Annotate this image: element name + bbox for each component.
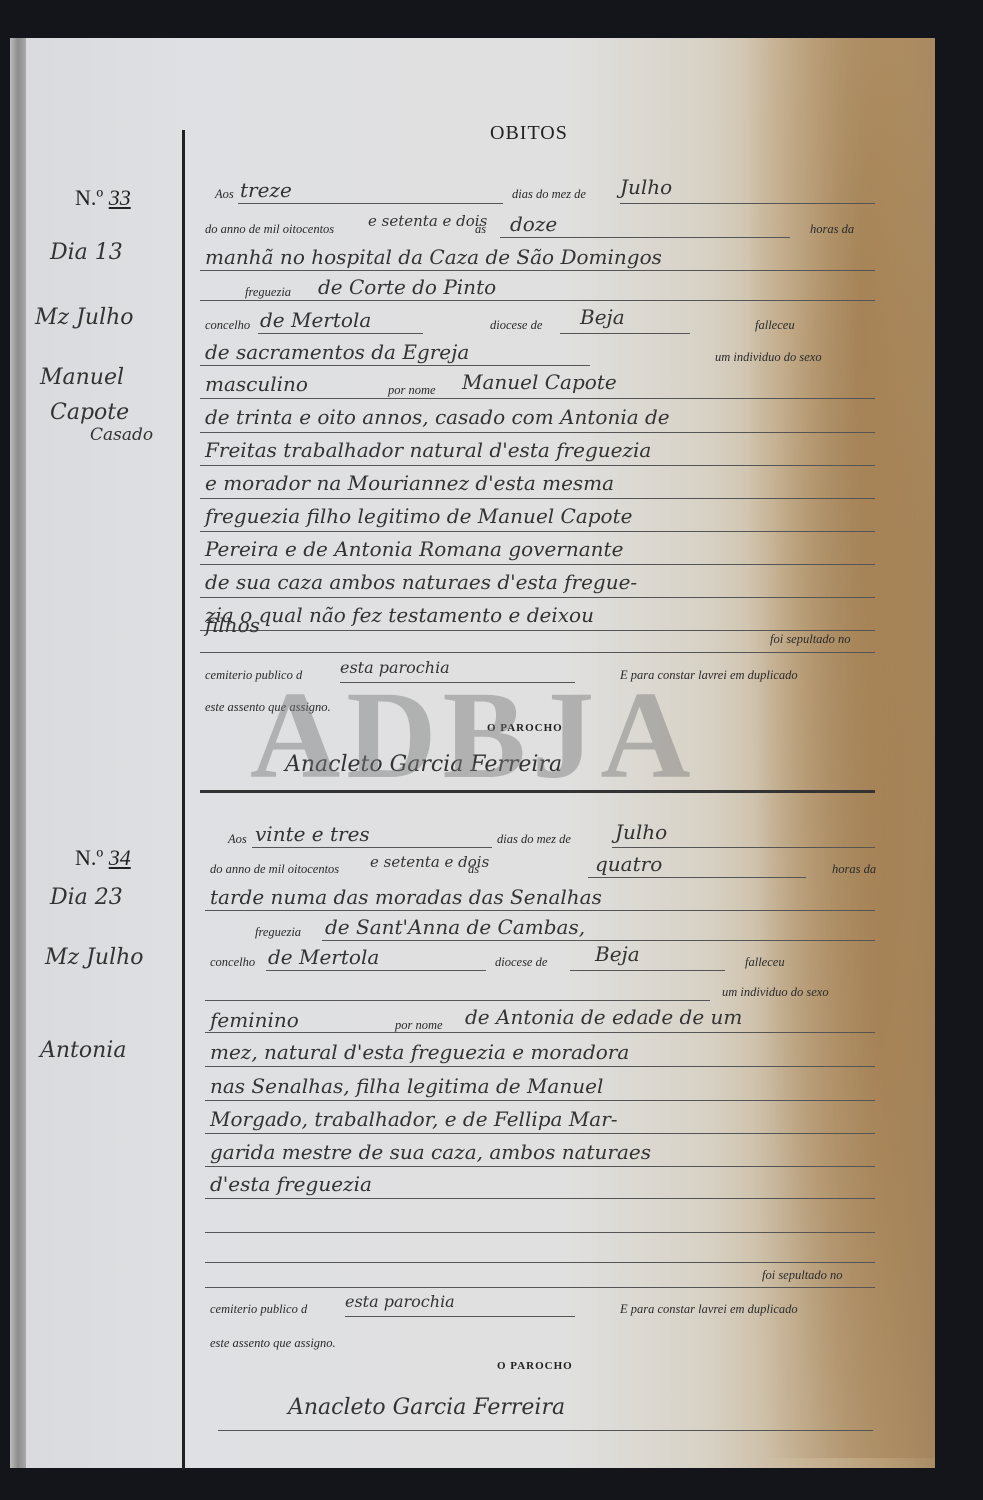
- label-anno: do anno de mil oitocentos: [205, 222, 334, 237]
- concelho-value: de Mertola: [260, 308, 371, 332]
- label-individuo: um individuo do sexo: [715, 350, 822, 365]
- concelho-value: de Mertola: [268, 945, 379, 969]
- label-aos: Aos: [215, 187, 234, 202]
- label-assento: este assento que assigno.: [210, 1336, 336, 1351]
- body-line: nas Senalhas, filha legitima de Manuel: [210, 1074, 603, 1098]
- label-horas: horas da: [810, 222, 854, 237]
- label-cemiterio: cemiterio publico d: [210, 1302, 307, 1317]
- label-sepultado: foi sepultado no: [770, 632, 851, 647]
- hour-value: doze: [510, 212, 557, 236]
- body-line: zia o qual não fez testamento e deixou: [205, 603, 594, 627]
- label-as: ás: [475, 222, 486, 237]
- book-spine: [10, 38, 26, 1468]
- margin-note: Mz Julho: [35, 305, 134, 330]
- name-value: Manuel Capote: [462, 370, 617, 394]
- body-line: de trinta e oito annos, casado com Anton…: [205, 405, 670, 429]
- label-individuo: um individuo do sexo: [722, 985, 829, 1000]
- label-horas: horas da: [832, 862, 876, 877]
- body-line: Pereira e de Antonia Romana governante: [205, 537, 623, 561]
- diocese-value: Beja: [580, 305, 625, 329]
- body-line: garida mestre de sua caza, ambos naturae…: [210, 1140, 651, 1164]
- label-anno: do anno de mil oitocentos: [210, 862, 339, 877]
- margin-note: Casado: [90, 425, 153, 445]
- label-por-nome: por nome: [388, 383, 436, 398]
- label-concelho: concelho: [210, 955, 255, 970]
- entry-number: 34: [109, 845, 131, 870]
- body-line: filhos: [205, 613, 260, 637]
- entry-number-label: N.º: [75, 185, 103, 210]
- sacramentos-line: de sacramentos da Egreja: [205, 340, 469, 364]
- label-sepultado: foi sepultado no: [762, 1268, 843, 1283]
- place-line: manhã no hospital da Caza de São Domingo…: [205, 245, 662, 269]
- margin-note: Capote: [50, 400, 129, 425]
- label-concelho: concelho: [205, 318, 250, 333]
- label-dias: dias do mez de: [497, 832, 571, 847]
- archive-watermark: ADBJA: [250, 665, 697, 808]
- margin-note: Dia 13: [50, 240, 123, 265]
- margin-note: Mz Julho: [45, 945, 144, 970]
- freguezia-value: de Sant'Anna de Cambas,: [325, 915, 585, 939]
- body-line: de sua caza ambos naturaes d'esta fregue…: [205, 570, 637, 594]
- entry-number: 33: [109, 185, 131, 210]
- label-diocese: diocese de: [490, 318, 542, 333]
- year-value: e setenta e dois: [368, 212, 487, 230]
- margin-note: Antonia: [40, 1038, 126, 1063]
- label-as: ás: [468, 862, 479, 877]
- label-falleceu: falleceu: [745, 955, 785, 970]
- entry-number-label: N.º: [75, 845, 103, 870]
- body-line: Morgado, trabalhador, e de Fellipa Mar-: [210, 1107, 618, 1131]
- label-falleceu: falleceu: [755, 318, 795, 333]
- freguezia-value: de Corte do Pinto: [318, 275, 496, 299]
- day-value: treze: [240, 178, 292, 202]
- label-constar: E para constar lavrei em duplicado: [620, 1302, 798, 1317]
- label-freguezia: freguezia: [255, 925, 301, 940]
- sex-value: feminino: [210, 1008, 299, 1032]
- label-dias: dias do mez de: [512, 187, 586, 202]
- day-value: vinte e tres: [255, 822, 370, 846]
- page-title: OBITOS: [490, 122, 568, 145]
- place-line: tarde numa das moradas das Senalhas: [210, 885, 602, 909]
- label-diocese: diocese de: [495, 955, 547, 970]
- parocho-label: O PAROCHO: [497, 1360, 573, 1372]
- label-freguezia: freguezia: [245, 285, 291, 300]
- body-line: d'esta freguezia: [210, 1172, 372, 1196]
- margin-note: Manuel: [40, 365, 124, 390]
- sex-value: masculino: [205, 372, 308, 396]
- name-value: de Antonia de edade de um: [465, 1005, 742, 1029]
- diocese-value: Beja: [595, 942, 640, 966]
- body-line: Freitas trabalhador natural d'esta fregu…: [205, 438, 651, 462]
- margin-rule: [182, 130, 185, 1470]
- cemiterio-value: esta parochia: [345, 1292, 455, 1311]
- label-aos: Aos: [228, 832, 247, 847]
- signature: Anacleto Garcia Ferreira: [288, 1395, 565, 1420]
- body-line: mez, natural d'esta freguezia e moradora: [210, 1040, 629, 1064]
- margin-note: Dia 23: [50, 885, 123, 910]
- hour-value: quatro: [595, 852, 662, 876]
- label-por-nome: por nome: [395, 1018, 443, 1033]
- month-value: Julho: [620, 175, 672, 199]
- month-value: Julho: [615, 820, 667, 844]
- water-stain: [750, 38, 935, 1458]
- body-line: e morador na Mouriannez d'esta mesma: [205, 471, 614, 495]
- body-line: freguezia filho legitimo de Manuel Capot…: [205, 504, 632, 528]
